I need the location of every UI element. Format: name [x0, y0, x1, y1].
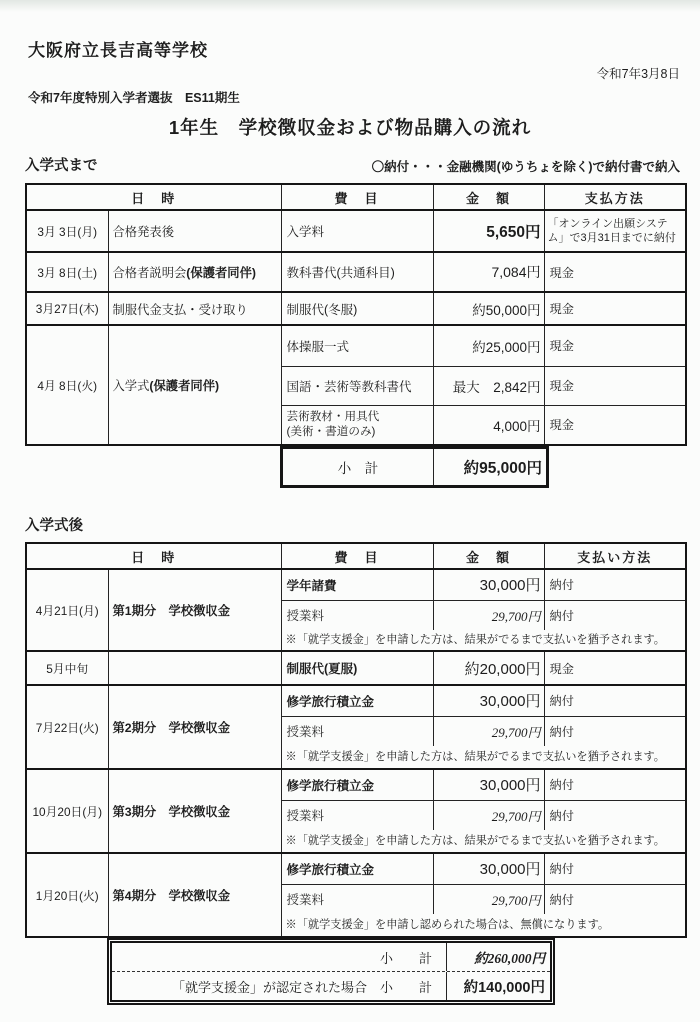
admission-subtitle: 令和7年度特別入学者選抜 ES11期生	[28, 88, 700, 104]
date-cell: 7月22日(火)	[26, 685, 108, 769]
item-cell: 制服代(冬服)	[281, 292, 433, 325]
item-cell: 芸術教材・用具代(美術・書道のみ)	[281, 405, 433, 445]
before-entrance-table: 日 時 費 目 金 額 支払方法 3月 3日(月) 合格発表後 入学料 5,65…	[25, 183, 687, 446]
event-cell: 合格発表後	[108, 210, 281, 252]
amount-cell: 30,000円	[433, 685, 544, 716]
col-header-item: 費 目	[281, 184, 433, 210]
scan-edge-band	[0, 0, 700, 12]
method-cell: 現金	[544, 366, 686, 405]
date-cell: 1月20日(火)	[26, 853, 108, 937]
method-cell: 納付	[544, 884, 686, 914]
amount-cell: 30,000円	[433, 769, 544, 800]
subtotal-row: 小 計 約260,000円	[112, 943, 550, 972]
item-cell: 学年諸費	[281, 569, 433, 600]
method-cell: 納付	[544, 569, 686, 600]
table-row: 3月 3日(月) 合格発表後 入学料 5,650円 「オンライン出願システム」で…	[26, 210, 686, 252]
amount-cell: 29,700円	[433, 716, 544, 746]
date-cell: 3月 3日(月)	[26, 210, 108, 252]
item-cell: 国語・芸術等教科書代	[281, 366, 433, 405]
event-cell: 制服代金支払・受け取り	[108, 292, 281, 325]
method-cell: 納付	[544, 853, 686, 884]
method-cell: 現金	[544, 651, 686, 685]
table-header-row: 日 時 費 目 金 額 支払い方法	[26, 543, 686, 569]
amount-cell: 30,000円	[433, 569, 544, 600]
col-header-method: 支払方法	[544, 184, 686, 210]
item-cell: 修学旅行積立金	[281, 769, 433, 800]
item-cell: 授業料	[281, 800, 433, 830]
method-cell: 現金	[544, 325, 686, 366]
table-row: 3月27日(木) 制服代金支払・受け取り 制服代(冬服) 約50,000円 現金	[26, 292, 686, 325]
method-cell: 「オンライン出願システム」で3月31日までに納付	[544, 210, 686, 252]
date-cell: 5月中旬	[26, 651, 108, 685]
amount-cell: 最大 2,842円	[433, 366, 544, 405]
section-before-header: 入学式まで 〇納付・・・金融機関(ゆうちょを除く)で納付書で納入	[25, 153, 680, 175]
item-cell: 授業料	[281, 884, 433, 914]
col-header-item: 費 目	[281, 543, 433, 569]
section-after-label: 入学式後	[25, 514, 700, 534]
document-title: 1年生 学校徴収金および物品購入の流れ	[0, 114, 700, 140]
method-cell: 納付	[544, 769, 686, 800]
item-cell: 授業料	[281, 716, 433, 746]
date-cell: 10月20日(月)	[26, 769, 108, 853]
col-header-amount: 金 額	[433, 184, 544, 210]
scanned-document-page: 大阪府立長吉高等学校 令和7年3月8日 令和7年度特別入学者選抜 ES11期生 …	[0, 0, 700, 1022]
col-header-datetime: 日 時	[26, 543, 281, 569]
amount-cell: 29,700円	[433, 800, 544, 830]
col-header-amount: 金 額	[433, 543, 544, 569]
table-row: 4月 8日(火) 入学式(保護者同伴) 体操服一式 約25,000円 現金	[26, 325, 686, 366]
before-subtotal-box: 小 計 約95,000円	[280, 446, 549, 488]
table-header-row: 日 時 費 目 金 額 支払方法	[26, 184, 686, 210]
col-header-method: 支払い方法	[544, 543, 686, 569]
method-cell: 現金	[544, 292, 686, 325]
method-cell: 納付	[544, 716, 686, 746]
amount-cell: 29,700円	[433, 600, 544, 630]
amount-cell: 7,084円	[433, 252, 544, 292]
amount-cell: 約20,000円	[433, 651, 544, 685]
method-cell: 現金	[544, 252, 686, 292]
item-cell: 体操服一式	[281, 325, 433, 366]
note-cell: ※「就学支援金」を申請した方は、結果がでるまで支払いを猶予されます。	[281, 746, 686, 769]
note-cell: ※「就学支援金」を申請した方は、結果がでるまで支払いを猶予されます。	[281, 830, 686, 853]
payment-method-note: 〇納付・・・金融機関(ゆうちょを除く)で納付書で納入	[372, 157, 680, 175]
school-name: 大阪府立長吉高等学校	[28, 36, 700, 58]
table-row: 5月中旬 制服代(夏服) 約20,000円 現金	[26, 651, 686, 685]
subtotal-amount-supported: 約140,000円	[447, 972, 550, 1000]
table-row: 7月22日(火) 第2期分 学校徴収金 修学旅行積立金 30,000円 納付	[26, 685, 686, 716]
event-cell: 入学式(保護者同伴)	[108, 325, 281, 445]
item-cell: 制服代(夏服)	[281, 651, 433, 685]
item-cell: 修学旅行積立金	[281, 685, 433, 716]
subtotal-row: 「就学支援金」が認定された場合 小 計 約140,000円	[112, 972, 550, 1000]
amount-cell: 約25,000円	[433, 325, 544, 366]
period-label-cell: 第3期分 学校徴収金	[108, 769, 281, 853]
item-cell: 授業料	[281, 600, 433, 630]
after-entrance-table: 日 時 費 目 金 額 支払い方法 4月21日(月) 第1期分 学校徴収金 学年…	[25, 542, 687, 938]
date-cell: 4月 8日(火)	[26, 325, 108, 445]
note-cell: ※「就学支援金」を申請し認められた場合は、無償になります。	[281, 914, 686, 937]
col-header-datetime: 日 時	[26, 184, 281, 210]
period-label-cell: 第1期分 学校徴収金	[108, 569, 281, 651]
date-cell: 3月27日(木)	[26, 292, 108, 325]
period-label-cell: 第4期分 学校徴収金	[108, 853, 281, 937]
table-row: 1月20日(火) 第4期分 学校徴収金 修学旅行積立金 30,000円 納付	[26, 853, 686, 884]
subtotal-amount: 約260,000円	[447, 943, 550, 971]
amount-cell: 5,650円	[433, 210, 544, 252]
amount-cell: 4,000円	[433, 405, 544, 445]
subtotal-amount: 約95,000円	[434, 449, 546, 485]
item-cell: 教科書代(共通科目)	[281, 252, 433, 292]
note-cell: ※「就学支援金」を申請した方は、結果がでるまで支払いを猶予されます。	[281, 630, 686, 651]
subtotal-label: 小 計	[283, 449, 434, 485]
table-row: 3月 8日(土) 合格者説明会(保護者同伴) 教科書代(共通科目) 7,084円…	[26, 252, 686, 292]
date-cell: 3月 8日(土)	[26, 252, 108, 292]
amount-cell: 29,700円	[433, 884, 544, 914]
event-cell: 合格者説明会(保護者同伴)	[108, 252, 281, 292]
date-cell: 4月21日(月)	[26, 569, 108, 651]
item-cell: 入学料	[281, 210, 433, 252]
subtotal-label-supported: 「就学支援金」が認定された場合 小 計	[112, 972, 447, 1000]
subtotal-label: 小 計	[112, 943, 447, 971]
table-row: 10月20日(月) 第3期分 学校徴収金 修学旅行積立金 30,000円 納付	[26, 769, 686, 800]
item-cell: 修学旅行積立金	[281, 853, 433, 884]
method-cell: 納付	[544, 600, 686, 630]
issue-date: 令和7年3月8日	[0, 64, 680, 80]
method-cell: 納付	[544, 685, 686, 716]
event-cell	[108, 651, 281, 685]
section-before-label: 入学式まで	[25, 154, 98, 175]
amount-cell: 30,000円	[433, 853, 544, 884]
amount-cell: 約50,000円	[433, 292, 544, 325]
method-cell: 納付	[544, 800, 686, 830]
period-label-cell: 第2期分 学校徴収金	[108, 685, 281, 769]
method-cell: 現金	[544, 405, 686, 445]
after-subtotal-box: 小 計 約260,000円 「就学支援金」が認定された場合 小 計 約140,0…	[107, 938, 555, 1005]
table-row: 4月21日(月) 第1期分 学校徴収金 学年諸費 30,000円 納付	[26, 569, 686, 600]
